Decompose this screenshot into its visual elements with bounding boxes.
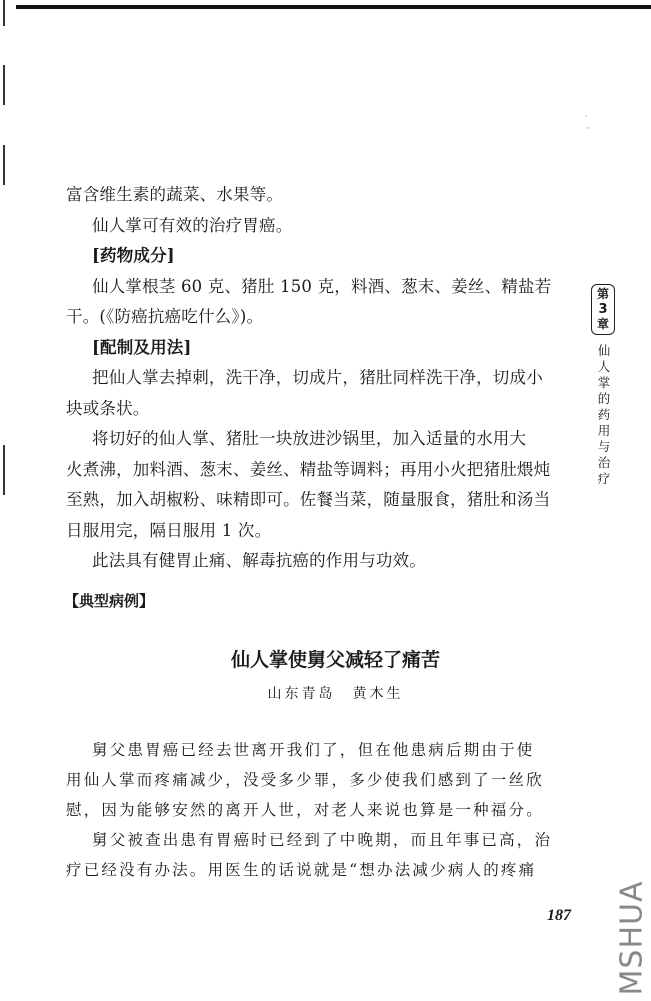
text-line: 舅父患胃癌已经去世离开我们了，但在他患病后期由于使 [66, 735, 550, 765]
text-line: 块或条状。 [66, 394, 550, 425]
article-title: 仙人掌使舅父减轻了痛苦 [0, 645, 651, 672]
case-body: 舅父患胃癌已经去世离开我们了，但在他患病后期由于使 用仙人掌而疼痛减少，没受多少… [66, 735, 550, 885]
text-line: 舅父被查出患有胃癌时已经到了中晚期，而且年事已高，治 [66, 825, 550, 855]
recipe-body: 富含维生素的蔬菜、水果等。 仙人掌可有效的治疗胃癌。 [药物成分] 仙人掌根茎 … [66, 180, 550, 577]
text-line: 仙人掌根茎 60 克、猪肚 150 克，料酒、葱末、姜丝、精盐若 [66, 272, 550, 303]
text-line: 慰，因为能够安然的离开人世，对老人来说也算是一种福分。 [66, 795, 550, 825]
scan-margin-mark [3, 0, 5, 26]
subheading-ingredients: [药物成分] [66, 241, 550, 272]
chapter-suffix: 章 [592, 317, 614, 332]
page-number: 187 [547, 907, 571, 925]
text-line: 疗已经没有办法。用医生的话说就是“想办法减少病人的疼痛 [66, 855, 550, 885]
text-line: 至熟，加入胡椒粉、味精即可。佐餐当菜，随量服食，猪肚和汤当 [66, 485, 550, 516]
watermark-text: MSHUA [615, 880, 650, 995]
article-author: 山东青岛 黄木生 [0, 683, 651, 703]
chapter-title-vertical: 仙人掌的药用与治疗 [596, 343, 612, 487]
section-heading-typical-case: 【典型病例】 [64, 590, 154, 611]
subheading-preparation: [配制及用法] [66, 333, 550, 364]
chapter-prefix: 第 [592, 287, 614, 302]
chapter-tab: 第 3 章 [591, 284, 615, 335]
scan-margin-mark [3, 445, 5, 495]
chapter-number: 3 [592, 302, 614, 317]
text-line: 仙人掌可有效的治疗胃癌。 [66, 211, 550, 242]
text-line: 富含维生素的蔬菜、水果等。 [66, 180, 550, 211]
text-line: 用仙人掌而疼痛减少，没受多少罪，多少使我们感到了一丝欣 [66, 765, 550, 795]
scan-speck: ·· [585, 124, 590, 133]
text-line: 将切好的仙人掌、猪肚一块放进沙锅里，加入适量的水用大 [66, 424, 550, 455]
text-line: 日服用完，隔日服用 1 次。 [66, 516, 550, 547]
watermark: MSHUA [612, 880, 651, 995]
scan-margin-mark [3, 145, 5, 185]
text-line: 火煮沸，加料酒、葱末、姜丝、精盐等调料；再用小火把猪肚煨炖 [66, 455, 550, 486]
scan-margin-mark [3, 65, 5, 105]
top-rule [16, 5, 651, 9]
text-line: 把仙人掌去掉刺，洗干净，切成片，猪肚同样洗干净，切成小 [66, 363, 550, 394]
text-line: 此法具有健胃止痛、解毒抗癌的作用与功效。 [66, 546, 550, 577]
scan-speck: · [585, 112, 588, 121]
text-line: 干。(《防癌抗癌吃什么》)。 [66, 302, 550, 333]
